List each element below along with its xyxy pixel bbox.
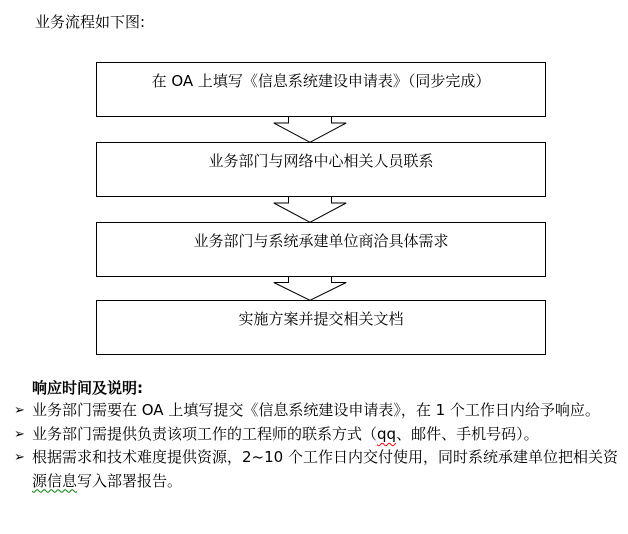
notes-heading: 响应时间及说明:	[32, 377, 143, 398]
note-item-2-post: 、邮件、手机号码）。	[396, 425, 539, 443]
flow-step-3-label: 业务部门与系统承建单位商洽具体需求	[193, 232, 448, 250]
flow-step-2-label: 业务部门与网络中心相关人员联系	[208, 152, 433, 170]
note-item-2-pre: 业务部门需提供负责该项工作的工程师的联系方式（	[32, 425, 377, 443]
down-arrow-icon	[273, 196, 347, 223]
note-item-3: ➢ 根据需求和技术难度提供资源，2~10 个工作日内交付使用，同时系统承建单位把…	[14, 446, 618, 493]
bullet-arrow-icon: ➢	[14, 399, 32, 423]
note-item-1-body: 业务部门需要在 OA 上填写提交《信息系统建设申请表》，在 1 个工作日内给予响…	[32, 401, 600, 419]
note-item-3-text: 根据需求和技术难度提供资源，2~10 个工作日内交付使用，同时系统承建单位把相关…	[32, 446, 618, 493]
spellcheck-flagged-text: qq	[377, 425, 396, 443]
flow-step-4-label: 实施方案并提交相关文档	[238, 310, 403, 328]
grammar-flagged-text: 源信息	[32, 472, 77, 490]
intro-text: 业务流程如下图:	[35, 13, 145, 32]
note-item-2-text: 业务部门需提供负责该项工作的工程师的联系方式（qq、邮件、手机号码）。	[32, 423, 539, 447]
bullet-arrow-icon: ➢	[14, 423, 32, 447]
note-item-1: ➢ 业务部门需要在 OA 上填写提交《信息系统建设申请表》，在 1 个工作日内给…	[14, 399, 600, 423]
flow-step-2: 业务部门与网络中心相关人员联系	[96, 142, 546, 197]
document-page: 业务流程如下图: 在 OA 上填写《信息系统建设申请表》（同步完成） 业务部门与…	[0, 0, 628, 534]
note-item-2: ➢ 业务部门需提供负责该项工作的工程师的联系方式（qq、邮件、手机号码）。	[14, 423, 539, 447]
bullet-arrow-icon: ➢	[14, 446, 32, 470]
note-item-1-text: 业务部门需要在 OA 上填写提交《信息系统建设申请表》，在 1 个工作日内给予响…	[32, 399, 600, 423]
note-item-3-line2-rest: 写入部署报告。	[77, 472, 182, 490]
flow-step-1-label: 在 OA 上填写《信息系统建设申请表》（同步完成）	[152, 72, 491, 90]
flow-step-4: 实施方案并提交相关文档	[96, 300, 546, 355]
flow-step-1: 在 OA 上填写《信息系统建设申请表》（同步完成）	[96, 62, 546, 117]
down-arrow-icon	[273, 276, 347, 301]
note-item-3-line1: 根据需求和技术难度提供资源，2~10 个工作日内交付使用，同时系统承建单位把相关…	[32, 448, 618, 466]
down-arrow-icon	[273, 116, 347, 143]
flow-step-3: 业务部门与系统承建单位商洽具体需求	[96, 222, 546, 277]
